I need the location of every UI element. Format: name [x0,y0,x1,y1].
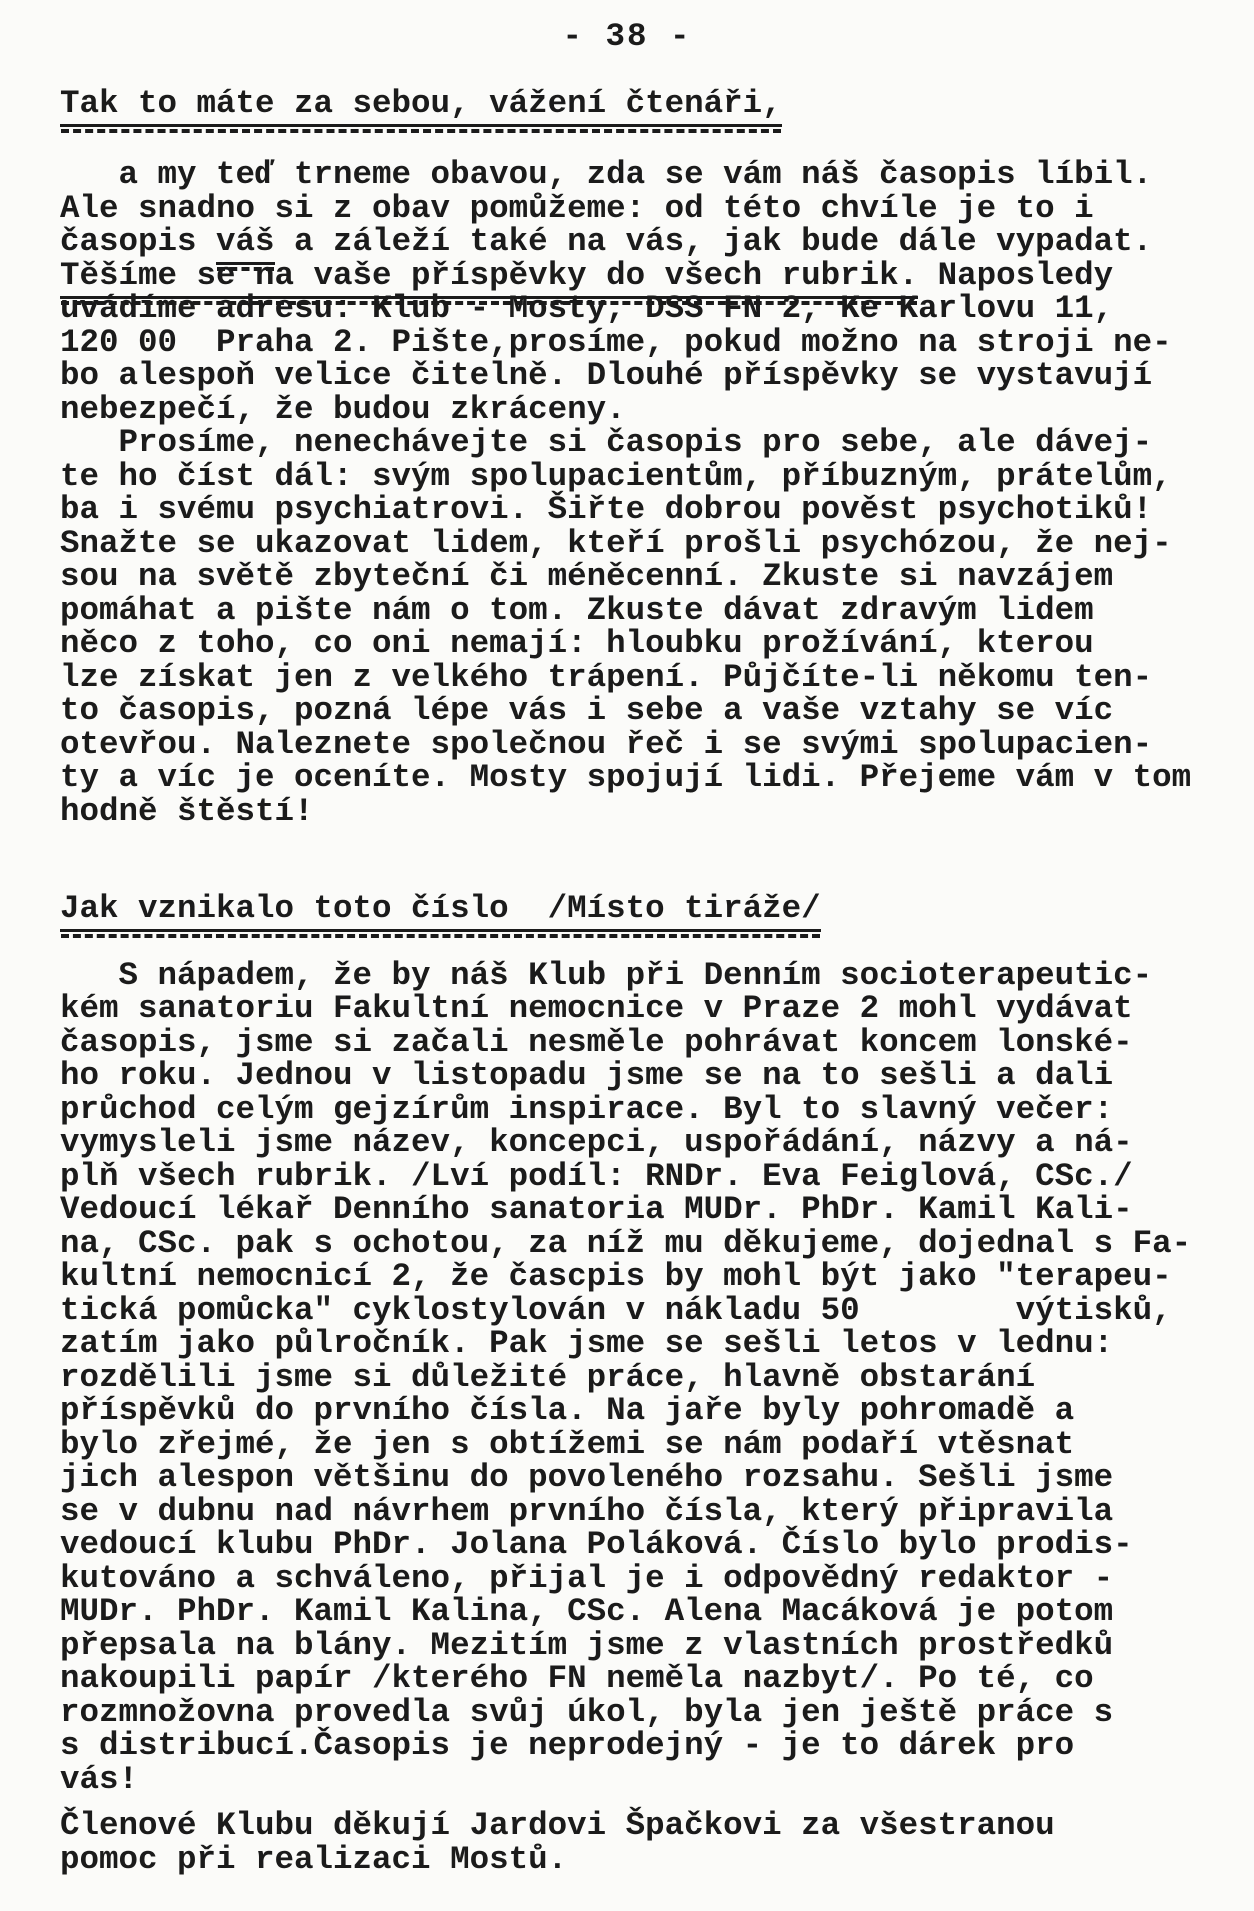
text-run: Vedoucí lékař Denního sanatoria MUDr. Ph… [60,1191,1133,1228]
text-run: zatím jako půlročník. Pak jsme se sešli … [60,1325,1113,1362]
text-run: bo alespoň velice čitelně. Dlouhé příspě… [60,357,1152,394]
text-line: Ale snadno si z obav pomůžeme: od této c… [60,192,1254,226]
text-run: ba i svému psychiatrovi. Šiřte dobrou po… [60,491,1152,528]
text-line: vás! [60,1763,1254,1797]
text-run: to časopis, pozná lépe vás i sebe a vaše… [60,692,1113,729]
page-number: - 38 - [0,20,1254,54]
text-line: te ho číst dál: svým spolupacientům, pří… [60,460,1254,494]
text-line: lze získat jen z velkého trápení. Půjčít… [60,661,1254,695]
text-line: Jak vznikalo toto číslo /Místo tiráže/ [60,892,1254,926]
text-run: MUDr. PhDr. Kamil Kalina, CSc. Alena Mac… [60,1593,1113,1630]
paragraph: S nápadem, že by náš Klub při Denním soc… [60,959,1254,1797]
text-run: lze získat jen z velkého trápení. Půjčít… [60,659,1152,696]
text-line: bo alespoň velice čitelně. Dlouhé příspě… [60,359,1254,393]
text-line: Prosíme, nenechávejte si časopis pro seb… [60,426,1254,460]
text-line: vedoucí klubu PhDr. Jolana Poláková. Čís… [60,1528,1254,1562]
text-run: na, CSc. pak s ochotou, za níž mu děkuje… [60,1225,1191,1262]
text-line: tická pomůcka" cyklostylován v nákladu 5… [60,1294,1254,1328]
text-line: Tak to máte za sebou, vážení čtenáři, [60,87,1254,121]
text-line: plň všech rubrik. /Lví podíl: RNDr. Eva … [60,1160,1254,1194]
text-run: kutováno a schváleno, přijal je i odpově… [60,1560,1113,1597]
text-run: vymysleli jsme název, koncepci, uspořádá… [60,1124,1133,1161]
text-run: časopis [60,223,216,260]
text-run: a záleží také na vás, jak bude dále vypa… [275,223,1153,260]
text-run: hodně štěstí! [60,793,314,830]
text-run: pomáhat a pište nám o tom. Zkuste dávat … [60,592,1094,629]
text-run: rozmnožovna provedla svůj úkol, byla jen… [60,1694,1113,1731]
text-line: na, CSc. pak s ochotou, za níž mu děkuje… [60,1227,1254,1261]
text-line: časopis, jsme si začali nesměle pohrávat… [60,1026,1254,1060]
text-line: průchod celým gejzírům inspirace. Byl to… [60,1093,1254,1127]
text-line: příspěvků do prvního čísla. Na jaře byly… [60,1394,1254,1428]
text-line: kutováno a schváleno, přijal je i odpově… [60,1562,1254,1596]
text-run: sou na světě zbyteční či méněcenní. Zkus… [60,558,1113,595]
text-run: příspěvků do prvního čísla. Na jaře byly… [60,1392,1074,1429]
text-line: s distribucí.Časopis je neprodejný - je … [60,1729,1254,1763]
paragraph: Prosíme, nenechávejte si časopis pro seb… [60,426,1254,828]
text-run: vedoucí klubu PhDr. Jolana Poláková. Čís… [60,1526,1133,1563]
text-line: něco z toho, co oni nemají: hloubku prož… [60,627,1254,661]
text-line: pomáhat a pište nám o tom. Zkuste dávat … [60,594,1254,628]
text-line: pomoc při realizaci Mostů. [60,1843,1254,1877]
text-run: s distribucí.Časopis je neprodejný - je … [60,1727,1074,1764]
text-run: se v dubnu nad návrhem prvního čísla, kt… [60,1493,1113,1530]
text-line: nakoupili papír /kterého FN neměla nazby… [60,1662,1254,1696]
text-line: Těšíme se na vaše příspěvky do všech rub… [60,259,1254,293]
text-line: ho roku. Jednou v listopadu jsme se na t… [60,1059,1254,1093]
text-run: Členové Klubu děkují Jardovi Špačkovi za… [60,1807,1055,1844]
document-page: - 38 - Tak to máte za sebou, vážení čten… [0,0,1254,1911]
text-run: Naposledy [918,257,1113,294]
text-line: se v dubnu nad návrhem prvního čísla, kt… [60,1495,1254,1529]
text-line: zatím jako půlročník. Pak jsme se sešli … [60,1327,1254,1361]
text-run: průchod celým gejzírům inspirace. Byl to… [60,1091,1113,1128]
text-line: Snažte se ukazovat lidem, kteří prošli p… [60,527,1254,561]
section-heading: Tak to máte za sebou, vážení čtenáři, [60,87,1254,121]
text-line: Členové Klubu děkují Jardovi Špačkovi za… [60,1809,1254,1843]
text-line: rozmnožovna provedla svůj úkol, byla jen… [60,1696,1254,1730]
text-line: bylo zřejmé, že jen s obtížemi se nám po… [60,1428,1254,1462]
text-run: te ho číst dál: svým spolupacientům, pří… [60,458,1172,495]
text-line: přepsala na blány. Mezitím jsme z vlastn… [60,1629,1254,1663]
text-line: kém sanatoriu Fakultní nemocnice v Praze… [60,992,1254,1026]
text-run: ty a víc je oceníte. Mosty spojují lidi.… [60,759,1191,796]
text-run: ho roku. Jednou v listopadu jsme se na t… [60,1057,1113,1094]
text-run: Prosíme, nenechávejte si časopis pro seb… [60,424,1152,461]
text-run: jich alespon většinu do povoleného rozsa… [60,1459,1113,1496]
text-run: S nápadem, že by náš Klub při Denním soc… [60,957,1152,994]
paragraph: Členové Klubu děkují Jardovi Špačkovi za… [60,1809,1254,1876]
text-run: rozdělili jsme si důležité práce, hlavně… [60,1359,1035,1396]
text-line: 120 00 Praha 2. Pište,prosíme, pokud mož… [60,326,1254,360]
section-heading: Jak vznikalo toto číslo /Místo tiráže/ [60,892,1254,926]
text-run: a my teď trneme obavou, zda se vám náš č… [60,156,1152,193]
text-run: vás! [60,1761,138,1798]
text-run: něco z toho, co oni nemají: hloubku prož… [60,625,1094,662]
text-line: nebezpečí, že budou zkráceny. [60,393,1254,427]
text-line: a my teď trneme obavou, zda se vám náš č… [60,158,1254,192]
text-line: rozdělili jsme si důležité práce, hlavně… [60,1361,1254,1395]
paragraph: a my teď trneme obavou, zda se vám náš č… [60,158,1254,426]
text-line: MUDr. PhDr. Kamil Kalina, CSc. Alena Mac… [60,1595,1254,1629]
text-run: Ale snadno si z obav pomůžeme: od této c… [60,190,1094,227]
text-run: bylo zřejmé, že jen s obtížemi se nám po… [60,1426,1074,1463]
text-run: plň všech rubrik. /Lví podíl: RNDr. Eva … [60,1158,1133,1195]
document-content: Tak to máte za sebou, vážení čtenáři, a … [0,87,1254,1877]
text-line: ba i svému psychiatrovi. Šiřte dobrou po… [60,493,1254,527]
text-line: hodně štěstí! [60,795,1254,829]
text-line: vymysleli jsme název, koncepci, uspořádá… [60,1126,1254,1160]
text-run: 120 00 Praha 2. Pište,prosíme, pokud mož… [60,324,1172,361]
text-run: časopis, jsme si začali nesměle pohrávat… [60,1024,1133,1061]
text-line: sou na světě zbyteční či méněcenní. Zkus… [60,560,1254,594]
text-line: to časopis, pozná lépe vás i sebe a vaše… [60,694,1254,728]
text-run: nakoupili papír /kterého FN neměla nazby… [60,1660,1094,1697]
text-line: kultní nemocnicí 2, že čascpis by mohl b… [60,1260,1254,1294]
underlined-text: Tak to máte za sebou, vážení čtenáři, [60,85,782,127]
underlined-text: Těšíme se na vaše příspěvky do všech rub… [60,257,918,299]
text-run: tická pomůcka" cyklostylován v nákladu 5… [60,1292,1172,1329]
text-line: ty a víc je oceníte. Mosty spojují lidi.… [60,761,1254,795]
text-run: otevřou. Naleznete společnou řeč i se sv… [60,726,1152,763]
text-run: pomoc při realizaci Mostů. [60,1841,567,1878]
text-line: časopis váš a záleží také na vás, jak bu… [60,225,1254,259]
text-run: nebezpečí, že budou zkráceny. [60,391,626,428]
text-run: kultní nemocnicí 2, že čascpis by mohl b… [60,1258,1172,1295]
text-line: jich alespon většinu do povoleného rozsa… [60,1461,1254,1495]
underlined-text: Jak vznikalo toto číslo /Místo tiráže/ [60,890,821,932]
text-line: otevřou. Naleznete společnou řeč i se sv… [60,728,1254,762]
text-line: Vedoucí lékař Denního sanatoria MUDr. Ph… [60,1193,1254,1227]
text-run: přepsala na blány. Mezitím jsme z vlastn… [60,1627,1113,1664]
text-run: Snažte se ukazovat lidem, kteří prošli p… [60,525,1172,562]
text-line: S nápadem, že by náš Klub při Denním soc… [60,959,1254,993]
text-run: kém sanatoriu Fakultní nemocnice v Praze… [60,990,1133,1027]
